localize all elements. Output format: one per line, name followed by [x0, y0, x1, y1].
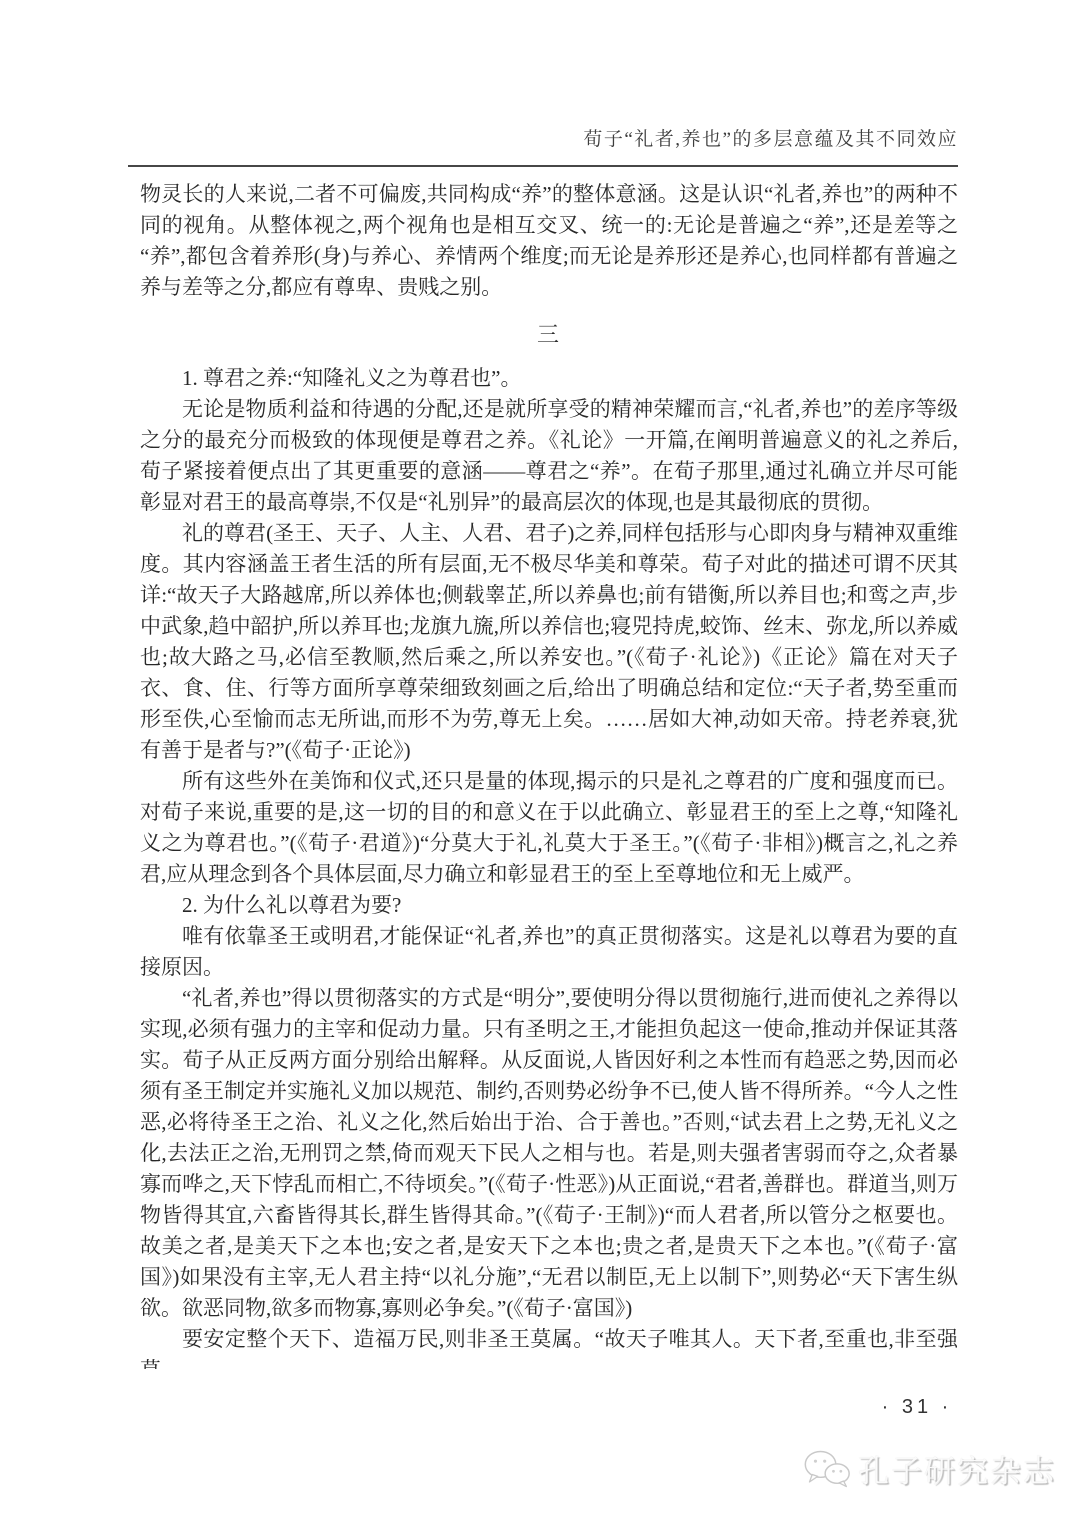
paragraph: 无论是物质利益和待遇的分配,还是就所享受的精神荣耀而言,“礼者,养也”的差序等级…: [140, 394, 958, 518]
article-body: 物灵长的人来说,二者不可偏废,共同构成“养”的整体意涵。这是认识“礼者,养也”的…: [140, 179, 958, 1369]
paragraph: 唯有依靠圣王或明君,才能保证“礼者,养也”的真正贯彻落实。这是礼以尊君为要的直接…: [140, 921, 958, 983]
journal-page: 荀子“礼者,养也”的多层意蕴及其不同效应 物灵长的人来说,二者不可偏废,共同构成…: [0, 0, 1080, 1527]
running-head: 荀子“礼者,养也”的多层意蕴及其不同效应: [583, 124, 958, 151]
paragraph: 所有这些外在美饰和仪式,还只是量的体现,揭示的只是礼之尊君的广度和强度而已。对荀…: [140, 766, 958, 890]
watermark-text: 孔子研究杂志: [858, 1446, 1056, 1491]
paragraph: 物灵长的人来说,二者不可偏废,共同构成“养”的整体意涵。这是认识“礼者,养也”的…: [140, 179, 958, 303]
paragraph: 2. 为什么礼以尊君为要?: [140, 890, 958, 921]
wechat-bubbles-icon: [803, 1448, 851, 1490]
header-rule: [128, 165, 958, 167]
watermark: 孔子研究杂志: [803, 1446, 1056, 1491]
section-heading: 三: [140, 319, 958, 350]
paragraph: 礼的尊君(圣王、天子、人主、人君、君子)之养,同样包括形与心即肉身与精神双重维度…: [140, 518, 958, 766]
page-number: · 31 ·: [872, 1396, 962, 1419]
paragraph: 1. 尊君之养:“知隆礼义之为尊君也”。: [140, 363, 958, 394]
paragraph: 要安定整个天下、造福万民,则非圣王莫属。“故天子唯其人。天下者,至重也,非至强莫: [140, 1324, 958, 1369]
paragraph: “礼者,养也”得以贯彻落实的方式是“明分”,要使明分得以贯彻施行,进而使礼之养得…: [140, 983, 958, 1324]
